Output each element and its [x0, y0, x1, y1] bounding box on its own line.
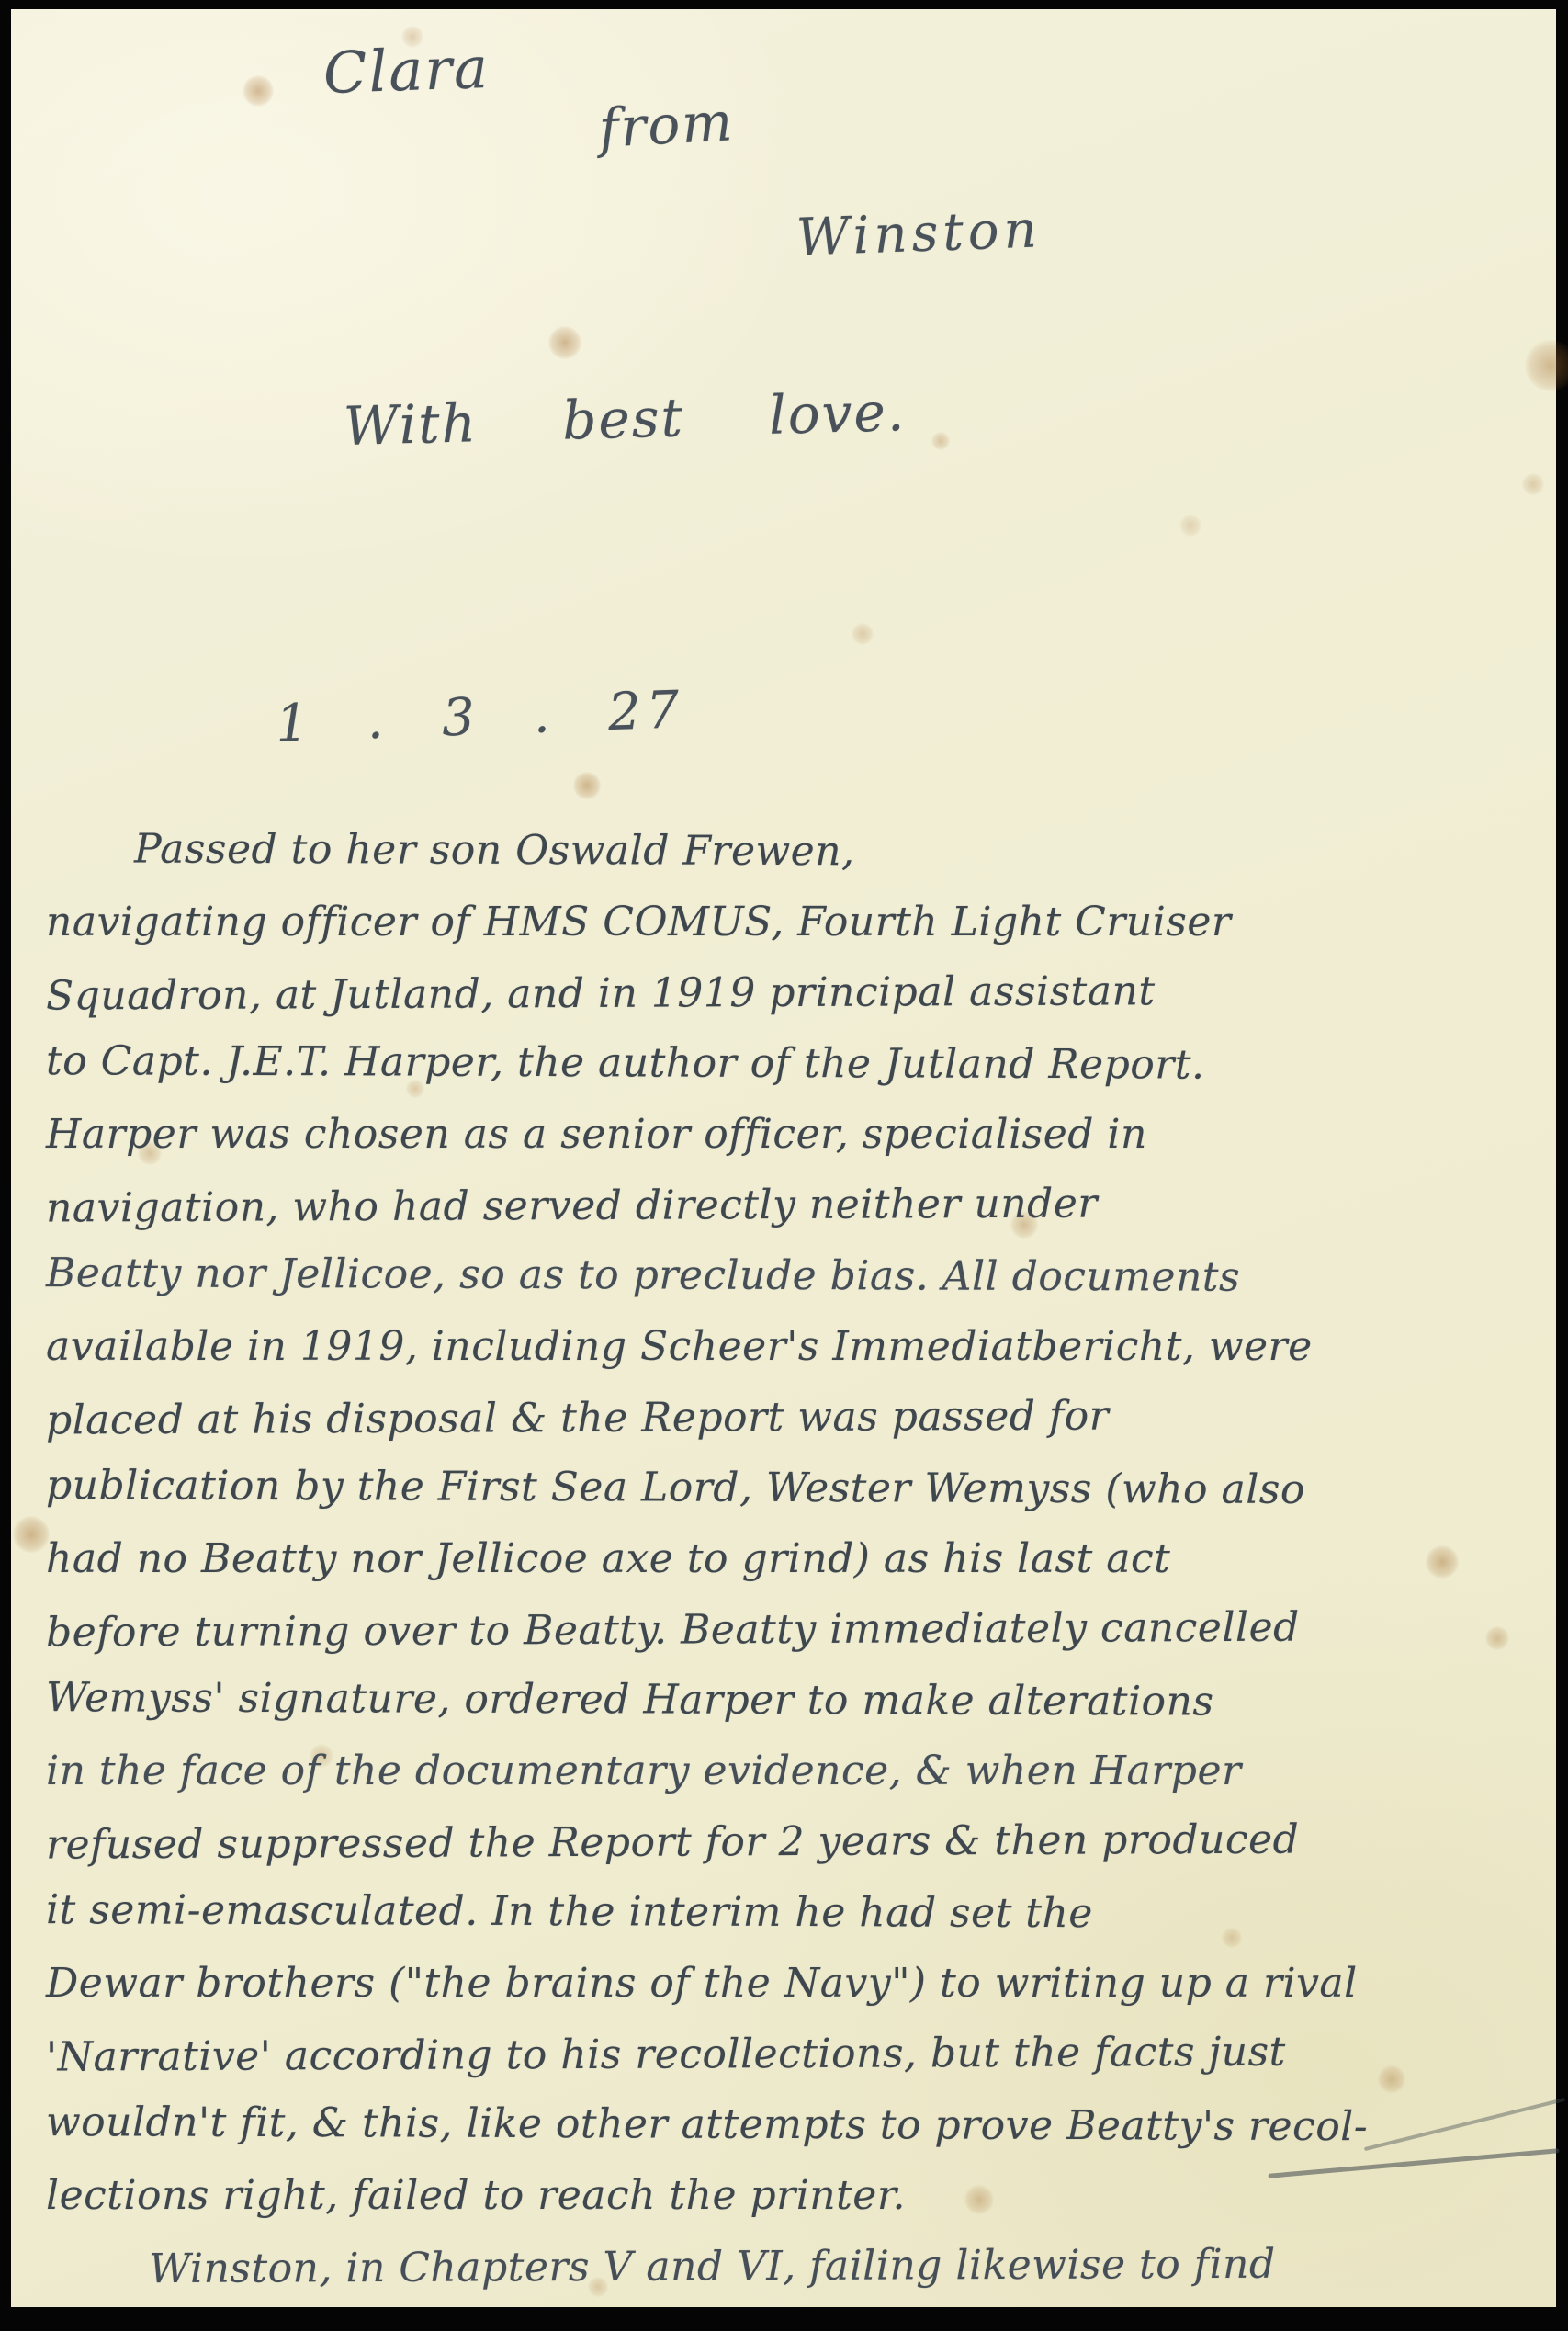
- handwritten-line: refused suppressed the Report for 2 year…: [46, 1803, 1541, 1880]
- age-spot: [1522, 473, 1544, 495]
- scanned-page: Clara from Winston With best love. 1 . 3…: [0, 0, 1568, 2331]
- handwritten-line: before turning over to Beatty. Beatty im…: [46, 1590, 1541, 1668]
- age-spot: [13, 1516, 50, 1553]
- handwritten-line: Squadron, at Jutland, and in 1919 princi…: [46, 954, 1541, 1031]
- paper-background: Clara from Winston With best love. 1 . 3…: [11, 9, 1556, 2307]
- handwritten-line: available in 1919, including Scheer's Im…: [46, 1311, 1541, 1382]
- inscription-recipient: Clara: [322, 34, 491, 107]
- inscription-sender-signature: Winston: [795, 199, 1043, 267]
- handwritten-line: in the face of the documentary evidence,…: [46, 1736, 1541, 1806]
- age-spot: [1179, 515, 1201, 537]
- handwritten-line: navigating officer of HMS COMUS, Fourth …: [46, 887, 1541, 957]
- handwritten-line: Passed to her son Oswald Frewen,: [46, 813, 1541, 889]
- handwritten-line: to Capt. J.E.T. Harper, the author of th…: [46, 1025, 1541, 1102]
- inscription-date: 1 . 3 . 27: [275, 680, 685, 754]
- handwritten-line: Winston, in Chapters V and VI, failing l…: [46, 2227, 1541, 2304]
- handwritten-line: navigation, who had served directly neit…: [46, 1166, 1541, 1243]
- handwritten-line: Beatty nor Jellicoe, so as to preclude b…: [46, 1238, 1541, 1314]
- handwritten-line: placed at his disposal & the Report was …: [46, 1378, 1541, 1455]
- age-spot: [573, 772, 601, 799]
- inscription-greeting: With best love.: [343, 380, 907, 458]
- handwritten-line: it semi-emasculated. In the interim he h…: [46, 1874, 1541, 1951]
- handwritten-line: 'Narrative' according to his recollectio…: [46, 2015, 1541, 2092]
- age-spot: [548, 326, 581, 359]
- annotation-body: Passed to her son Oswald Frewen, navigat…: [46, 816, 1541, 2302]
- age-spot: [931, 432, 950, 450]
- age-spot: [1525, 340, 1568, 391]
- handwritten-line: Wemyss' signature, ordered Harper to mak…: [46, 1662, 1541, 1738]
- handwritten-line: wouldn't fit, & this, like other attempt…: [46, 2087, 1541, 2163]
- age-spot: [243, 75, 274, 107]
- inscription-from-word: from: [597, 90, 735, 160]
- age-spot: [852, 623, 874, 645]
- handwritten-line: had no Beatty nor Jellicoe axe to grind)…: [46, 1523, 1541, 1594]
- handwritten-line: publication by the First Sea Lord, Weste…: [46, 1450, 1541, 1526]
- handwritten-line: Harper was chosen as a senior officer, s…: [46, 1099, 1541, 1170]
- handwritten-line: Dewar brothers ("the brains of the Navy"…: [46, 1948, 1541, 2019]
